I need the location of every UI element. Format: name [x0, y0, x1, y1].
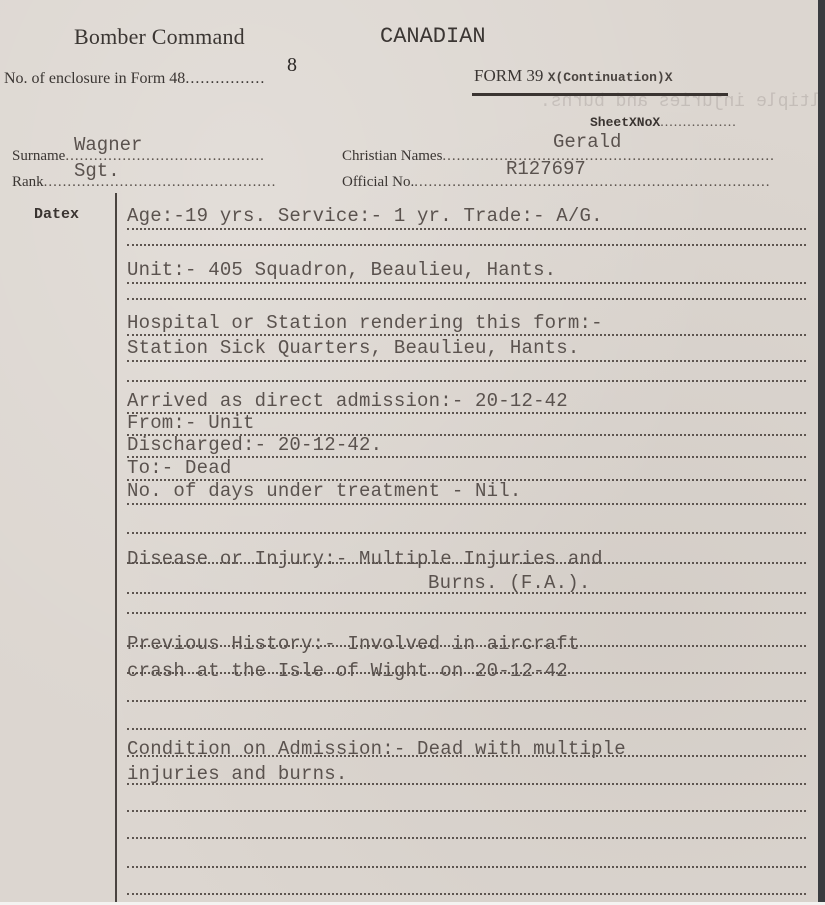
form-number: FORM 39 X(Continuation)X [474, 66, 673, 86]
form-struck-text: X(Continuation)X [548, 70, 673, 85]
rank-value: Sgt. [74, 160, 120, 182]
enclosure-value: 8 [287, 54, 297, 77]
ruled-line [127, 334, 806, 336]
form-label: FORM 39 [474, 66, 543, 85]
ruled-line [127, 612, 806, 614]
ruled-line [127, 810, 806, 812]
condition-admission-continued-entry: injuries and burns. [127, 763, 347, 785]
official-no-dots: ........................................… [414, 174, 770, 190]
from-entry: From:- Unit [127, 412, 255, 434]
hospital-value-entry: Station Sick Quarters, Beaulieu, Hants. [127, 337, 579, 359]
ruled-line [127, 700, 806, 702]
rank-field: Rank....................................… [12, 174, 276, 191]
christian-names-label: Christian Names [342, 148, 442, 164]
previous-history-continued-entry: crash at the Isle of Wight on 20-12-42 [127, 660, 568, 682]
ruled-line [127, 837, 806, 839]
sheet-dots: ................. [660, 115, 737, 130]
form-39-document: -12-42 ... with multiple injuries and bu… [0, 0, 818, 902]
surname-value: Wagner [74, 134, 142, 156]
ruled-line [127, 728, 806, 730]
ruled-line [127, 282, 806, 284]
official-no-label: Official No. [342, 174, 414, 190]
to-entry: To:- Dead [127, 457, 231, 479]
condition-admission-entry: Condition on Admission:- Dead with multi… [127, 738, 626, 760]
arrived-entry: Arrived as direct admission:- 20-12-42 [127, 390, 568, 412]
command-heading: Bomber Command [74, 24, 245, 50]
disease-injury-continued-entry: Burns. (F.A.). [428, 572, 590, 594]
ruled-line [127, 866, 806, 868]
ruled-line [127, 380, 806, 382]
official-no-value: R127697 [506, 158, 586, 180]
date-column-divider [115, 193, 117, 902]
ruled-line [127, 893, 806, 895]
disease-injury-entry: Disease or Injury:- Multiple Injuries an… [127, 548, 603, 570]
ruled-line [127, 228, 806, 230]
days-treatment-entry: No. of days under treatment - Nil. [127, 480, 521, 502]
ruled-line [127, 503, 806, 505]
surname-label: Surname [12, 148, 65, 164]
enclosure-dots: ................ [185, 70, 265, 87]
ruled-line [127, 244, 806, 246]
nationality-heading: CANADIAN [380, 24, 486, 49]
ruled-line [127, 360, 806, 362]
enclosure-label: No. of enclosure in Form 48 [4, 70, 185, 87]
date-column-label: Datex [34, 206, 79, 223]
previous-history-entry: Previous History:- Involved in aircraft [127, 633, 579, 655]
enclosure-field: No. of enclosure in Form 48.............… [4, 70, 265, 88]
age-service-trade-entry: Age:-19 yrs. Service:- 1 yr. Trade:- A/G… [127, 205, 603, 227]
discharged-entry: Discharged:- 20-12-42. [127, 434, 382, 456]
rank-label: Rank [12, 174, 44, 190]
sheet-label: SheetXNoX [590, 115, 660, 130]
unit-entry: Unit:- 405 Squadron, Beaulieu, Hants. [127, 259, 556, 281]
scan-edge [818, 0, 825, 902]
ruled-line [127, 298, 806, 300]
sheet-field: SheetXNoX................. [590, 115, 737, 131]
hospital-label-entry: Hospital or Station rendering this form:… [127, 312, 603, 334]
form-underline [472, 93, 728, 96]
christian-names-value: Gerald [553, 131, 621, 153]
ruled-line [127, 532, 806, 534]
